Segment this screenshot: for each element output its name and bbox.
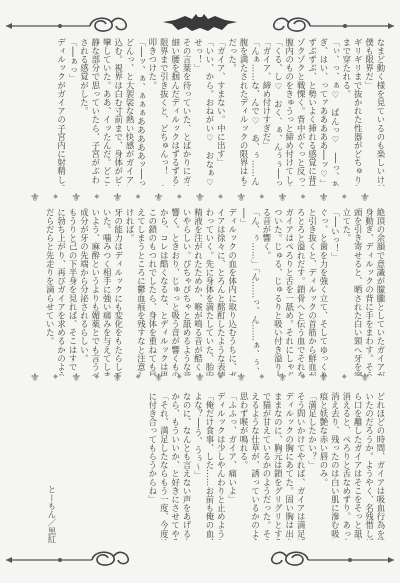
text-column: いよう、麻酔というよりも媚薬とでも言うべき (89, 208, 100, 376)
text-column: ディルックの胸にあてた。固い胸は出た肌の (283, 392, 294, 540)
text-column: ぐっ、と歯を力を強く立て、そしてゆっくり (318, 208, 329, 376)
text-column: 成分が牙の先端から分泌されるらしい。 (78, 208, 89, 376)
text-column: 精液を注がれたためか、喉が鳴る音が酷く (192, 208, 203, 376)
text-column: 「くる、し♡ おく、ぁ、んぅぅ──っ♡ (272, 38, 283, 186)
text-column: ディルックは少しやんわりと止めようとした。 (215, 392, 226, 540)
text-column: ついた。じゅる、じゅるりと吸い付き溢り上げ (272, 208, 283, 376)
text-column: 「ふふっ、ガイア、痛いよ」 (226, 392, 237, 540)
text-column: 牙の能力はディルックにも変化をもたらして (112, 208, 123, 376)
fleur-de-lis-icon: ⚜ (278, 192, 288, 203)
fleur-de-lis-icon: ⚜ (278, 372, 288, 383)
fleur-de-lis-icon: ⚜ (360, 192, 370, 203)
text-column: 込む。視界は白む寸前まで、身体がビクビクと痙 (112, 38, 123, 186)
text-column: ──」 (238, 208, 249, 376)
bat-header-ornament (0, 6, 400, 36)
text-column: 消え去り、残ったのは白い肌に滲む吸いた鬱血 (329, 392, 340, 540)
fleur-de-lis-icon: ⚜ (236, 372, 246, 383)
text-column: 絶頂の余韻で意識が朦朧としていたガイアが (375, 208, 386, 376)
text-column: まで穿たれる。 (340, 38, 351, 186)
text-block-lower: どれほどの時間、ガイアは吸血行為を続けて いたのだろうか。ようやく、名残惜しげに… (128, 392, 386, 540)
text-column: 限界まで引き抜くと、どちゅんっ！ と激しく (158, 38, 169, 186)
text-column: る音が響く。 (261, 208, 272, 376)
text-column: 「それ、満足したならもう一度、今度は僕の食事 (158, 392, 169, 540)
text-column: ずぶずぶ、と勢いよく挿れる感覚に背筋が (306, 38, 317, 186)
text-column: ディルックがガイアの子宮内に射精してい (55, 38, 66, 186)
fleur-de-lis-icon: ⚜ (30, 192, 40, 203)
text-column: 頭を引き寄せると、晒された白い頸へ牙を突き (352, 208, 363, 376)
fleur-de-lis-icon: ⚜ (154, 372, 164, 383)
text-column: せっ！」 (192, 38, 203, 186)
text-column: ままなのに、胸元は鎖をグリグリとする。まる (272, 392, 283, 540)
fleur-de-lis-icon: ⚜ (113, 192, 123, 203)
text-column: から、コレは酷くなるな、とディルックは思った。 (158, 208, 169, 376)
text-column: いた。噛みつく相手に強い痛みを与えてしまわな (101, 208, 112, 376)
text-column: 静な部分で思っていたら、子宮がぶわっと満た (89, 38, 100, 186)
text-column: と引き抜くと、ディルックの首筋から鮮血がと (306, 208, 317, 376)
text-column: 痕と妖艶な赤い唇のみ。 (318, 392, 329, 540)
text-column: に付き合ってもらうからね」 (146, 392, 157, 540)
text-column: この鎖のもつれでしたら、身体を重ねても見 (146, 208, 157, 376)
text-column: 「んぁ……な、んで♡ あ、ぅ……んんッ、ぁ♡」 (249, 38, 260, 186)
text-column: だらだらと先走りを滴らせていた。 (44, 208, 55, 376)
text-column: 攣していた。ああ、イッたんだ。どこか冷 (101, 38, 112, 186)
scroll-footer-ornament (0, 548, 400, 574)
text-column: 「ん、ぅ……」「ん……っ、ん……ぁ、ぅ、ん (249, 208, 260, 376)
fleur-de-lis-icon: ⚜ (360, 372, 370, 383)
fleur-de-lis-icon: ⚜ (71, 372, 81, 383)
fleur-de-lis-icon: ⚜ (319, 192, 329, 203)
text-column: ゾクゾクと戦慄く。背中がぐっと反ってしまい、 (295, 38, 306, 186)
fleur-de-lis-icon: ⚜ (319, 372, 329, 383)
book-page: なまど動く様を見ているのも楽しいけど、もう 僕も限界だ」 ギリギリまで抜かれた性… (0, 0, 400, 583)
text-column: ガイアはぺろりと舌を一舐め。それにしゃぶり (283, 208, 294, 376)
author-signature: とーもん／黒紅 (46, 485, 58, 544)
text-column: だった。 (226, 38, 237, 186)
text-column: ディルックの血を体内に取り込むうちに、ガ (226, 208, 237, 376)
text-column: に勃ち上がり、再びガイアを求めるかのように (55, 208, 66, 376)
text-column: 消えると、ぺろりと舌なめずり。あったはずの刺し傷はとうに (340, 392, 351, 540)
text-column: 「──ぁっ」 (67, 38, 78, 186)
text-column: えるような仕草が、誘っているかのように思えて (249, 392, 260, 540)
text-column: 「いい、から。おねがい♡ おなぁ♡ ナカ、だ (204, 38, 215, 186)
text-column: もうりと己の下半身を見れば、そこはすで (67, 208, 78, 376)
text-column: 「満足したかい？」 (306, 392, 317, 540)
text-column: よな？──う、うぅ～」 (192, 392, 203, 540)
text-column: 響く。ときおり、じゅっと吸う音が響くものだ (169, 208, 180, 376)
text-column: いたのだろうか。ようやく、名残惜しげに首か (363, 392, 374, 540)
text-column: ければ。 (124, 208, 135, 376)
text-column: 「ガイア、すまない。中に出す」 (215, 38, 226, 186)
text-column: 腹内のものをきゅうっと締め付けてしまう。 (283, 38, 294, 186)
text-column: 腹を満たされたディルックの限界はもう目前 (238, 38, 249, 186)
text-column: えてしまうところに鬱血痕を残すなと注意しな (135, 208, 146, 376)
fleur-de-lis-icon: ⚜ (236, 192, 246, 203)
text-column: イアは徐々に、とろんと酩酊したような表情へ (215, 208, 226, 376)
text-column: なまど動く様を見ているのも楽しいけど、もう (375, 38, 386, 186)
fleur-de-lis-icon: ⚜ (113, 372, 123, 383)
text-column: される感覚がした。 (78, 38, 89, 186)
text-column: 僕も限界だ」 (363, 38, 374, 186)
text-column: 「──ッ、ぁ、ぁぁぁあああああッ──っ♡」 (135, 38, 146, 186)
text-column: 「俺だけ食事、した……お前も俺の血、欲しい (204, 392, 215, 540)
text-column: 「ガイア、締め付けすぎだ」 (261, 38, 272, 186)
fleur-de-lis-icon: ⚜ (195, 372, 205, 383)
text-column: 叩きつけた。 (146, 38, 157, 186)
text-column: ぎ、はい、ってァあああああ──ッ♡」 (318, 38, 329, 186)
fleur-de-lis-icon: ⚜ (30, 372, 40, 383)
text-column: わっていく。先に身体を満たしていた、胎内に (204, 208, 215, 376)
fleur-de-lis-icon: ⚜ (154, 192, 164, 203)
text-column: いやらしい。ぴちゃぴちゃと舐めるような音が酷く (181, 208, 192, 376)
text-block-middle: 絶頂の余韻で意識が朦朧としていたガイアが 身動ぎ、ディルックの背に手をまわす。そ… (38, 208, 386, 376)
text-column: ギリギリまで抜かれた性器がどちゅりと最奥 (352, 38, 363, 186)
text-column: なのに、なんとも言えない声をあげるものだ (181, 392, 192, 540)
text-column: どんっ、と大袈裟な熱い快感がガイアに流れ (124, 38, 135, 186)
text-column: 「──いっ！」 (329, 208, 340, 376)
text-block-upper: なまど動く様を見ているのも楽しいけど、もう 僕も限界だ」 ギリギリまで抜かれた性… (38, 38, 386, 186)
text-column: で猫が甘えているかのようだった。その甘 (261, 392, 272, 540)
text-column: ろとろと溢れだす。鎖骨へと伝う血でそれを見た (295, 208, 306, 376)
fleur-de-lis-icon: ⚜ (71, 192, 81, 203)
fleur-divider-1: ⚜◆ ⚜◆ ⚜◆ ⚜◆ ⚜◆ ⚜◆ ⚜◆ ⚜◆ ⚜ (30, 190, 370, 204)
text-column: 細い腰を掴んだディルックはずるずると性器を (169, 38, 180, 186)
text-column: 身動ぎ、ディルックの背に手をまわす。そうして (363, 208, 374, 376)
text-column: ら口を離したガイアはそこをそっと舐め、血が (352, 392, 363, 540)
text-column: 立てた。 (340, 208, 351, 376)
text-column: どれほどの時間、ガイアは吸血行為を続けて (375, 392, 386, 540)
text-column: その言葉を待っていた、とばかりにガイアの (181, 38, 192, 186)
fleur-de-lis-icon: ⚜ (195, 192, 205, 203)
fleur-divider-2: ⚜◆ ⚜◆ ⚜◆ ⚜◆ ⚜◆ ⚜◆ ⚜◆ ⚜◆ ⚜ (30, 370, 370, 384)
text-column: 思わず喉が鳴れる。 (238, 392, 249, 540)
text-column: から、もういいか、と好きにさせてやる。 (169, 392, 180, 540)
text-column: そう問いかけてやれば、ガイアは満足げに頭を (295, 392, 306, 540)
text-column: 「ぃ、っ、ぁ♡ ぱんっ♡ ──っ、あ！ す (329, 38, 340, 186)
